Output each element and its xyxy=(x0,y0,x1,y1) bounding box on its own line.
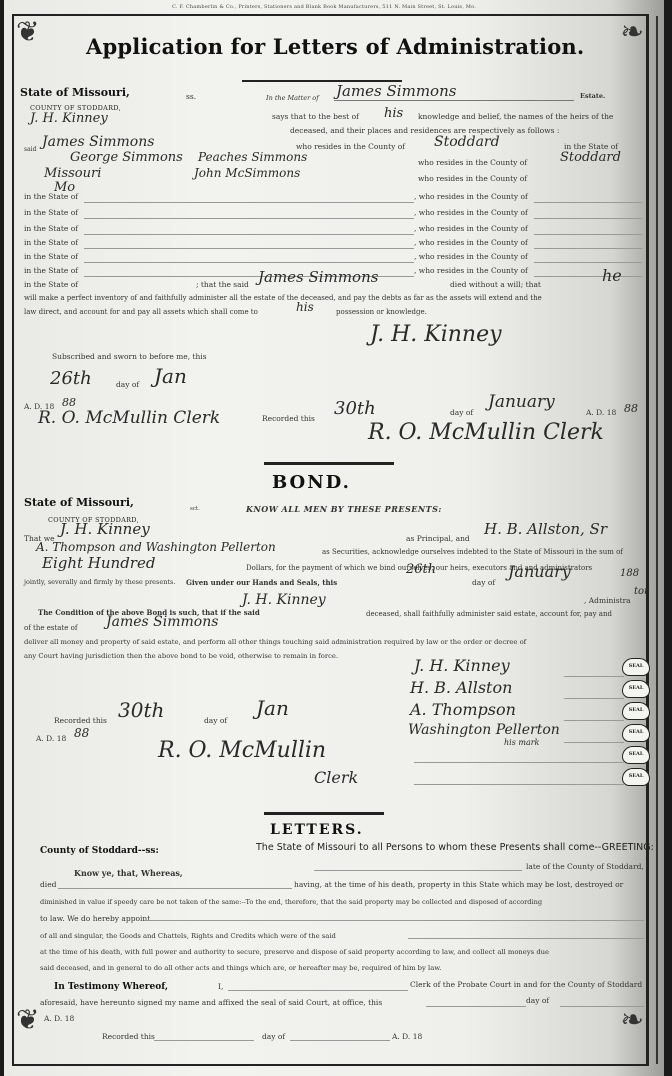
died-label: died xyxy=(40,880,56,889)
heir-county: Stoddard xyxy=(560,150,621,165)
recorded-day: 30th xyxy=(334,398,376,419)
frame-edge-line xyxy=(656,16,658,1064)
heir-name: Peaches Simmons xyxy=(198,150,307,164)
applicant-signature: J. H. Kinney xyxy=(370,322,502,347)
application-ss: ss. xyxy=(186,92,196,101)
greeting: The State of Missouri to all Persons to … xyxy=(256,842,654,853)
said-deceased-text: said deceased, and in general to do all … xyxy=(40,964,441,972)
given-day-of: day of xyxy=(472,578,495,587)
principal-name: J. H. Kinney xyxy=(60,520,150,538)
sworn-day: 26th xyxy=(50,368,92,389)
row-state-label: in the State of xyxy=(24,280,78,289)
row-state-label: in the State of xyxy=(24,224,78,233)
estate-label: Estate. xyxy=(580,92,605,100)
inventory-text: will make a perfect inventory of and fai… xyxy=(24,294,542,302)
ornament-bottom-right-icon: ❧ xyxy=(604,1006,644,1062)
row-state-label: in the State of xyxy=(24,252,78,261)
application-title: Application for Letters of Administratio… xyxy=(86,34,584,59)
his-word: his xyxy=(296,300,314,314)
aforesaid-text: aforesaid, have hereunto signed my name … xyxy=(40,998,382,1007)
bond-recorded-year: 88 xyxy=(74,726,89,740)
says-text: says that to the best of xyxy=(272,112,359,121)
bond-clerk-title: Clerk xyxy=(314,768,358,787)
clerk-signature: R. O. McMullin Clerk xyxy=(38,408,220,428)
row-state-label: in the State of xyxy=(24,266,78,275)
recorded-clerk-signature: R. O. McMullin Clerk xyxy=(368,420,604,445)
row-resides-label: , who resides in the County of xyxy=(414,224,528,233)
matter-label: In the Matter of xyxy=(266,94,319,102)
given-year: 188 xyxy=(620,568,639,579)
matter-name: James Simmons xyxy=(336,82,456,100)
time-text: at the time of his death, with full powe… xyxy=(40,948,549,956)
sworn-month: Jan xyxy=(154,364,187,388)
bond-clerk-signature: R. O. McMullin xyxy=(158,738,326,763)
heir-county: Stoddard xyxy=(434,134,500,150)
given-text: Given under our Hands and Seals, this xyxy=(186,578,337,587)
recorded-ad-year: 88 xyxy=(624,402,638,415)
letters-recorded-ad: A. D. 18 xyxy=(392,1032,422,1041)
surety-1: H. B. Allston, Sr xyxy=(484,520,607,538)
bond-signature: J. H. Kinney xyxy=(414,656,510,675)
heir-name: George Simmons xyxy=(70,150,183,165)
sworn-day-of: day of xyxy=(116,380,139,389)
bond-recorded-label: Recorded this xyxy=(54,716,107,725)
bond-recorded-month: Jan xyxy=(256,696,289,720)
died-text: died without a will; that xyxy=(450,280,541,289)
letters-recorded-label: Recorded this xyxy=(102,1032,155,1041)
to-law: to law. We do hereby appoint xyxy=(40,914,150,923)
testimony-i: I, xyxy=(218,982,223,991)
possession-text: possession or knowledge. xyxy=(336,308,427,316)
document-page: C. F. Chamberlin & Co., Printers, Statio… xyxy=(4,0,664,1076)
letters-ad: A. D. 18 xyxy=(44,1014,74,1023)
heir-resides-text: who resides in the County of xyxy=(418,158,527,167)
letters-county: County of Stoddard--ss: xyxy=(40,846,159,856)
heir-state: Missouri xyxy=(44,166,101,181)
printer-imprint: C. F. Chamberlin & Co., Printers, Statio… xyxy=(4,4,644,10)
bond-amount: Eight Hundred xyxy=(42,554,155,572)
having-text: having, at the time of his death, proper… xyxy=(294,880,623,889)
jointly-text: jointly, severally and firmly by these p… xyxy=(24,578,175,586)
know-all-men: KNOW ALL MEN BY THESE PRESENTS: xyxy=(246,504,442,514)
letters-recorded-day-of: day of xyxy=(262,1032,285,1041)
bond-recorded-ad: A. D. 18 xyxy=(36,734,66,743)
applicant-name: J. H. Kinney xyxy=(30,111,108,126)
bond-title: BOND. xyxy=(272,472,351,493)
clerk-text: Clerk of the Probate Court in and for th… xyxy=(410,980,642,989)
seal-icon: SEAL xyxy=(622,658,650,676)
section-divider xyxy=(264,812,384,815)
ornament-top-right-icon: ❧ xyxy=(604,18,644,74)
row-resides-label: , who resides in the County of xyxy=(414,266,528,275)
seal-icon: SEAL xyxy=(622,768,650,786)
bond-state: State of Missouri, xyxy=(24,496,134,509)
letters-title: LETTERS. xyxy=(270,822,364,838)
as-principal: as Principal, and xyxy=(406,534,470,543)
bond-recorded-day: 30th xyxy=(118,698,164,722)
administrator-label: , Administra xyxy=(584,596,631,605)
bond-signature: A. Thompson xyxy=(410,700,516,719)
administrator-suffix: tor xyxy=(634,586,649,597)
row-state-label: in the State of xyxy=(24,238,78,247)
late-of: late of the County of Stoddard, xyxy=(526,862,644,871)
seal-icon: SEAL xyxy=(622,702,650,720)
heir-resides-text: who resides in the County of xyxy=(418,174,527,183)
that-the-said: ; that the said xyxy=(196,280,249,289)
row-resides-label: , who resides in the County of xyxy=(414,192,528,201)
subscribed-text: Subscribed and sworn to before me, this xyxy=(52,352,207,361)
securities-text: as Securities, acknowledge ourselves ind… xyxy=(322,548,623,556)
letters-day-of: day of xyxy=(526,996,549,1005)
mark-text: his mark xyxy=(504,738,539,747)
given-month: January xyxy=(508,562,571,581)
row-resides-label: , who resides in the County of xyxy=(414,238,528,247)
seal-icon: SEAL xyxy=(622,746,650,764)
surety-line-2: A. Thompson and Washington Pellerton xyxy=(36,540,276,554)
recorded-label: Recorded this xyxy=(262,414,315,423)
know-ye: Know ye, that, Whereas, xyxy=(74,868,183,878)
bond-estate-name: James Simmons xyxy=(106,614,218,630)
row-state-label: in the State of xyxy=(24,208,78,217)
ornament-top-left-icon: ❦ xyxy=(16,18,56,74)
diminished-text: diminished in value if speedy care be no… xyxy=(40,898,542,906)
seal-icon: SEAL xyxy=(622,680,650,698)
row-resides-label: , who resides in the County of xyxy=(414,252,528,261)
heir-name: John McSimmons xyxy=(194,166,300,180)
application-state: State of Missouri, xyxy=(20,86,130,99)
recorded-month: January xyxy=(488,392,555,412)
law-text: law direct, and account for and pay all … xyxy=(24,308,258,316)
condition-name: J. H. Kinney xyxy=(242,592,326,608)
he-word: he xyxy=(602,266,622,285)
document-frame: ❦ ❧ ❦ ❧ Application for Letters of Admin… xyxy=(12,14,649,1066)
bond-signature: Washington Pellerton xyxy=(408,722,560,738)
testimony: In Testimony Whereof, xyxy=(54,982,168,992)
section-divider xyxy=(264,462,394,465)
court-text: any Court having jurisdiction then the a… xyxy=(24,652,338,660)
says-text-2: knowledge and belief, the names of the h… xyxy=(418,112,613,121)
of-estate-text: of the estate of xyxy=(24,624,77,632)
seal-icon: SEAL xyxy=(622,724,650,742)
heir-resides-text: who resides in the County of xyxy=(296,142,405,151)
pronoun: his xyxy=(384,106,403,121)
deceased-name: James Simmons xyxy=(258,268,378,286)
recorded-day-of: day of xyxy=(450,408,473,417)
row-resides-label: , who resides in the County of xyxy=(414,208,528,217)
bond-recorded-day-of: day of xyxy=(204,716,227,725)
bond-deceased-text: deceased, shall faithfully administer sa… xyxy=(366,610,612,618)
bond-signature: H. B. Allston xyxy=(410,678,512,697)
deceased-text: deceased, and their places and residence… xyxy=(290,126,559,135)
deliver-text: deliver all money and property of said e… xyxy=(24,638,526,646)
row-state-label: in the State of xyxy=(24,192,78,201)
bond-ss: sct. xyxy=(190,506,200,512)
said-label: said xyxy=(24,146,36,153)
given-day: 26th xyxy=(406,562,436,577)
recorded-ad-label: A. D. 18 xyxy=(586,408,616,417)
goods-text: of all and singular, the Goods and Chatt… xyxy=(40,932,336,940)
heir-name: James Simmons xyxy=(42,134,154,150)
